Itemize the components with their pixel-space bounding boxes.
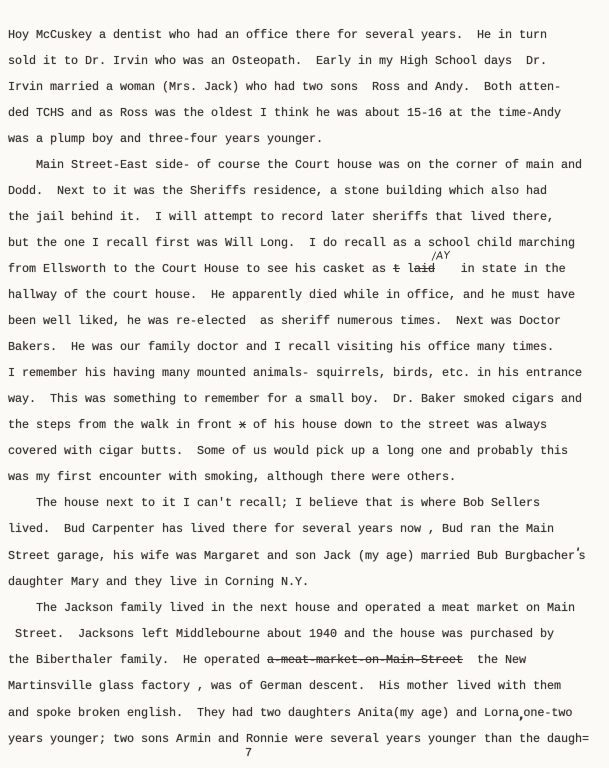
document-line: Dodd. Next to it was the Sheriffs reside… xyxy=(8,178,609,204)
document-line: covered with cigar butts. Some of us wou… xyxy=(8,438,609,464)
typewritten-text: covered with cigar butts. Some of us wou… xyxy=(8,444,568,458)
document-line: Irvin married a woman (Mrs. Jack) who ha… xyxy=(8,74,609,100)
typewritten-text: was my first encounter with smoking, alt… xyxy=(8,470,456,484)
document-line: and spoke broken english. They had two d… xyxy=(8,699,609,726)
document-line: Martinsville glass factory , was of Germ… xyxy=(8,673,609,699)
strike-text: x xyxy=(239,418,246,432)
typewritten-text: The house next to it I can't recall; I b… xyxy=(8,496,540,510)
typewritten-text: hallway of the court house. He apparentl… xyxy=(8,288,575,302)
typewritten-text: but the one I recall first was Will Long… xyxy=(8,236,575,250)
typewritten-text: Main Street-East side- of course the Cou… xyxy=(8,158,582,172)
typewritten-text: sold it to Dr. Irvin who was an Osteopat… xyxy=(8,54,547,68)
typewritten-text: the steps from the walk in front xyxy=(8,418,239,432)
document-line: the Biberthaler family. He operated a-me… xyxy=(8,647,609,673)
typewritten-text: years younger; two sons Armin and Ronnie… xyxy=(8,732,589,746)
typewritten-text: Dodd. Next to it was the Sheriffs reside… xyxy=(8,184,547,198)
typewritten-text: Bakers. He was our family doctor and I r… xyxy=(8,340,554,354)
document-line: hallway of the court house. He apparentl… xyxy=(8,282,609,308)
typewritten-text: of his house down to the street was alwa… xyxy=(246,418,547,432)
typewritten-text: one-two xyxy=(523,706,572,720)
typewritten-text: s xyxy=(579,549,586,563)
strike-text: aid/AY xyxy=(414,262,454,276)
typewritten-text: Street garage, his wife was Margaret and… xyxy=(8,549,575,563)
document-line: Hoy McCuskey a dentist who had an office… xyxy=(8,22,609,48)
document-line: Bakers. He was our family doctor and I r… xyxy=(8,334,609,360)
page-number: 7 xyxy=(245,746,252,760)
typewritten-text: Street. Jacksons left Middlebourne about… xyxy=(8,627,554,641)
strike-text: a-meat-market-on-Main-Street xyxy=(267,653,463,667)
document-line: ded TCHS and as Ross was the oldest I th… xyxy=(8,100,609,126)
document-line: from Ellsworth to the Court House to see… xyxy=(8,256,609,282)
typewritten-text: ded TCHS and as Ross was the oldest I th… xyxy=(8,106,561,120)
typewritten-text: the New xyxy=(463,653,526,667)
typewritten-text: Martinsville glass factory , was of Germ… xyxy=(8,679,561,693)
typewritten-text: Irvin married a woman (Mrs. Jack) who ha… xyxy=(8,80,561,94)
document-line: the jail behind it. I will attempt to re… xyxy=(8,204,609,230)
typewritten-text: daughter Mary and they live in Corning N… xyxy=(8,575,309,589)
document-line: lived. Bud Carpenter has lived there for… xyxy=(8,516,609,542)
typewritten-text: The Jackson family lived in the next hou… xyxy=(8,601,575,615)
typewritten-text: way. This was something to remember for … xyxy=(8,392,582,406)
typewritten-text: the Biberthaler family. He operated xyxy=(8,653,267,667)
document-line: sold it to Dr. Irvin who was an Osteopat… xyxy=(8,48,609,74)
document-line: daughter Mary and they live in Corning N… xyxy=(8,569,609,595)
typewritten-text: from Ellsworth to the Court House to see… xyxy=(8,262,393,276)
typewritten-text: Hoy McCuskey a dentist who had an office… xyxy=(8,28,547,42)
typewritten-page: Hoy McCuskey a dentist who had an office… xyxy=(0,0,609,768)
document-line: been well liked, he was re-elected as sh… xyxy=(8,308,609,334)
handwritten-correction: /AY xyxy=(431,242,451,269)
typewritten-text: the jail behind it. I will attempt to re… xyxy=(8,210,554,224)
document-line: The house next to it I can't recall; I b… xyxy=(8,490,609,516)
document-line: Street. Jacksons left Middlebourne about… xyxy=(8,621,609,647)
typewritten-text: l xyxy=(400,262,414,276)
typewritten-text: and spoke broken english. They had two d… xyxy=(8,706,519,720)
typewritten-text: been well liked, he was re-elected as sh… xyxy=(8,314,561,328)
document-text-block: Hoy McCuskey a dentist who had an office… xyxy=(8,22,609,752)
document-line: I remember his having many mounted anima… xyxy=(8,360,609,386)
document-line: Main Street-East side- of course the Cou… xyxy=(8,152,609,178)
document-line: way. This was something to remember for … xyxy=(8,386,609,412)
typewritten-text: in state in the xyxy=(454,262,566,276)
document-line: but the one I recall first was Will Long… xyxy=(8,230,609,256)
strike-text: t xyxy=(393,262,400,276)
typewritten-text: was a plump boy and three-four years you… xyxy=(8,132,323,146)
document-line: was my first encounter with smoking, alt… xyxy=(8,464,609,490)
document-line: was a plump boy and three-four years you… xyxy=(8,126,609,152)
document-line: The Jackson family lived in the next hou… xyxy=(8,595,609,621)
document-line: the steps from the walk in front x of hi… xyxy=(8,412,609,438)
typewritten-text: I remember his having many mounted anima… xyxy=(8,366,582,380)
document-line: Street garage, his wife was Margaret and… xyxy=(8,542,609,569)
typewritten-text: lived. Bud Carpenter has lived there for… xyxy=(8,522,554,536)
document-line: years younger; two sons Armin and Ronnie… xyxy=(8,726,609,752)
